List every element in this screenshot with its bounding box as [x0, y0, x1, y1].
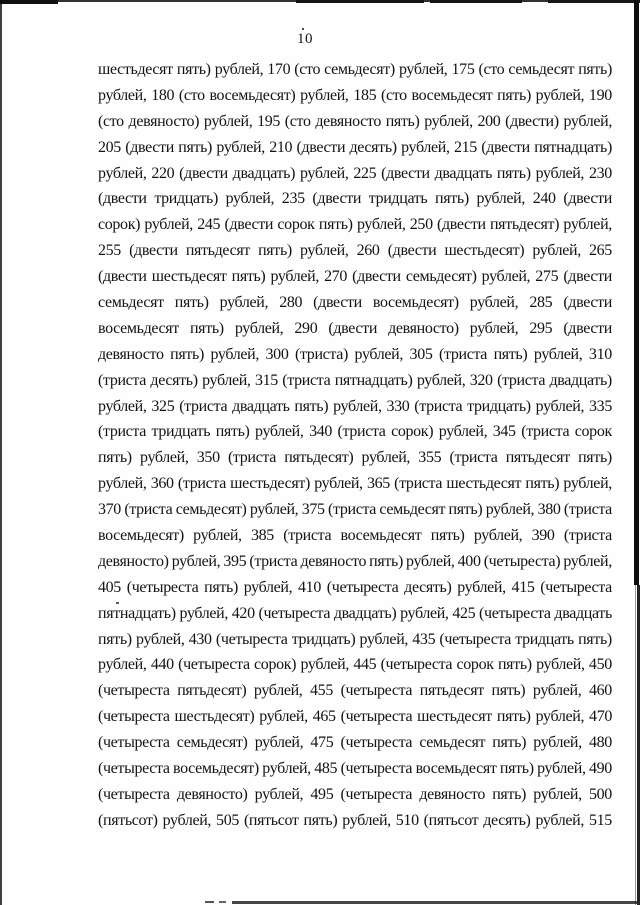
word: (двести — [179, 161, 228, 187]
word: 400 — [458, 549, 481, 575]
word: пять) — [190, 316, 224, 342]
word: 470 — [589, 704, 612, 730]
word: шестьдесят — [152, 264, 227, 290]
word: рублей, — [360, 627, 409, 653]
word: сорок) — [254, 652, 296, 678]
word: (сто — [98, 109, 124, 135]
word: (триста — [282, 368, 330, 394]
word: пять) — [578, 445, 612, 471]
word: пять) — [492, 782, 526, 808]
word: 270 — [324, 264, 347, 290]
scan-artifact-top-segment — [548, 0, 640, 3]
word: 395 — [223, 549, 246, 575]
word: рублей, — [536, 394, 585, 420]
word: (двести — [125, 135, 174, 161]
word: рублей, — [563, 212, 612, 238]
word: пятьдесят) — [177, 678, 246, 704]
word: (триста — [414, 394, 462, 420]
word: 365 — [367, 471, 390, 497]
word: (двести — [563, 186, 612, 212]
word: двадцать — [232, 394, 289, 420]
word: (триста — [124, 497, 172, 523]
word: рублей, — [535, 808, 584, 834]
word: (пятьсот — [244, 808, 299, 834]
word: 515 — [589, 808, 612, 834]
word: рублей, — [215, 57, 264, 83]
word: пять) — [497, 704, 531, 730]
word: шестьдесят) — [175, 704, 255, 730]
word: восемьдесят — [341, 523, 422, 549]
word: (четыреста — [540, 575, 612, 601]
word: пять) — [319, 212, 353, 238]
word: 450 — [589, 652, 612, 678]
word: девяносто) — [177, 782, 248, 808]
word: рублей, — [439, 419, 488, 445]
text-line: 370(тристасемьдесят)рублей,375(тристасем… — [98, 497, 612, 523]
word: пятьдесят — [506, 445, 570, 471]
word: пять) — [497, 161, 531, 187]
word: (двести — [437, 212, 486, 238]
word: 510 — [396, 808, 419, 834]
word: пять) — [258, 238, 292, 264]
word: (четыреста — [341, 782, 413, 808]
word: 215 — [454, 135, 477, 161]
word: (четыреста) — [484, 549, 561, 575]
text-line: (четыреставосемьдесят)рублей,485(четырес… — [98, 756, 612, 782]
word: девяносто — [98, 342, 164, 368]
word: (триста — [394, 471, 442, 497]
word: 180 — [151, 83, 174, 109]
word: (четыреста — [98, 678, 170, 704]
word: пять) — [500, 756, 534, 782]
word: рублей, — [180, 601, 229, 627]
text-line: пять)рублей,430(четырестатридцать)рублей… — [98, 627, 612, 653]
word: рублей, — [536, 704, 585, 730]
word: 355 — [418, 445, 441, 471]
word: (пятьсот — [424, 808, 479, 834]
word: (четыреста — [341, 678, 413, 704]
text-line: (двестишестьдесятпять)рублей,270(двестис… — [98, 264, 612, 290]
word: рублей, — [362, 445, 411, 471]
word: двадцать — [435, 161, 492, 187]
word: тридцать — [152, 419, 211, 445]
word: (четыреста — [178, 652, 250, 678]
word: пять) — [175, 290, 209, 316]
word: 380 — [538, 497, 561, 523]
word: рублей, — [355, 342, 404, 368]
text-line: восемьдесятпять)рублей,290(двестидевянос… — [98, 316, 612, 342]
word: рублей, — [536, 161, 585, 187]
text-line: (тристадесять)рублей,315(тристапятнадцат… — [98, 368, 612, 394]
word: рублей, — [300, 652, 349, 678]
word: пять) — [525, 471, 559, 497]
word: (триста — [178, 471, 226, 497]
word: 385 — [251, 523, 274, 549]
word: (четыреста — [216, 627, 288, 653]
word: 220 — [151, 161, 174, 187]
word: 200 — [477, 109, 500, 135]
word: рублей, — [533, 730, 582, 756]
word: рублей, — [342, 808, 391, 834]
word: тридцать) — [467, 394, 531, 420]
scan-artifact-left-edge — [0, 0, 2, 905]
word: (двести — [481, 135, 530, 161]
word: сорок — [457, 652, 494, 678]
word: 170 — [267, 57, 290, 83]
word: 295 — [529, 316, 552, 342]
text-line: рублей,325(тристадвадцатьпять)рублей,330… — [98, 394, 612, 420]
word: (двести — [381, 161, 430, 187]
word: (четыреста — [98, 704, 170, 730]
word: 185 — [353, 83, 376, 109]
word: тридцать — [369, 186, 428, 212]
word: (сто — [479, 57, 505, 83]
word: (двести — [563, 290, 612, 316]
word: 360 — [151, 471, 174, 497]
document-page: 10 шестьдесятпять)рублей,170(стосемьдеся… — [0, 0, 640, 905]
text-line: сорок)рублей,245(двестисорокпять)рублей,… — [98, 212, 612, 238]
word: пятнадцать) — [534, 135, 612, 161]
word: рублей, — [533, 782, 582, 808]
word: (двести — [313, 290, 362, 316]
text-line: рублей,440(четырестасорок)рублей,445(чет… — [98, 652, 612, 678]
word: 250 — [410, 212, 433, 238]
word: рублей, — [533, 678, 582, 704]
text-line: (двеститридцать)рублей,235(двеститридцат… — [98, 186, 612, 212]
word: рублей, — [300, 161, 349, 187]
word: рублей, — [314, 471, 363, 497]
word: 245 — [197, 212, 220, 238]
word: (триста — [228, 445, 276, 471]
word: рублей, — [532, 238, 581, 264]
word: пять) — [204, 575, 238, 601]
word: пятьдесят) — [284, 445, 353, 471]
word: рублей, — [244, 575, 293, 601]
word: 430 — [189, 627, 212, 653]
word: (триста — [249, 549, 297, 575]
word: 265 — [589, 238, 612, 264]
word: восемьдесят — [98, 316, 179, 342]
scan-artifact-right-edge — [634, 0, 639, 585]
scan-artifact-bottom-edge — [232, 901, 640, 904]
word: пять) — [386, 109, 420, 135]
word: девяносто) — [129, 109, 200, 135]
scan-artifact-top-segment — [430, 0, 522, 3]
word: 175 — [452, 57, 475, 83]
word: (четыреста — [327, 575, 399, 601]
scan-artifact-top-segment — [0, 0, 58, 4]
word: семьдесят) — [324, 57, 395, 83]
word: (двести — [129, 238, 178, 264]
text-line: семьдесятпять)рублей,280(двестивосемьдес… — [98, 290, 612, 316]
word: сорок — [575, 419, 612, 445]
word: 310 — [589, 342, 612, 368]
word: (четыреста — [98, 782, 170, 808]
word: (четыреста — [381, 652, 453, 678]
word: 435 — [412, 627, 435, 653]
word: рублей, — [457, 575, 506, 601]
word: (двести — [98, 264, 147, 290]
text-line: (четырестадевяносто)рублей,495(четыреста… — [98, 782, 612, 808]
word: (триста — [564, 523, 612, 549]
word: (сто — [179, 83, 205, 109]
word: рублей, — [357, 212, 406, 238]
word: пять) — [98, 627, 132, 653]
word: (триста — [439, 342, 487, 368]
word: 480 — [589, 730, 612, 756]
word: рублей, — [300, 83, 349, 109]
word: 230 — [589, 161, 612, 187]
word: (двести — [224, 212, 273, 238]
word: восемьдесят — [416, 756, 497, 782]
text-line: рублей,220(двестидвадцать)рублей,225(две… — [98, 161, 612, 187]
text-line: (четырестапятьдесят)рублей,455(четыреста… — [98, 678, 612, 704]
word: пять) — [216, 419, 250, 445]
text-line: девяносто)рублей,395(тристадевяностопять… — [98, 549, 612, 575]
word: пять) — [177, 57, 211, 83]
page-number: 10 — [288, 31, 322, 48]
word: девяносто — [300, 549, 366, 575]
word: пять) — [449, 497, 483, 523]
word: 465 — [313, 704, 336, 730]
word: пятнадцать) — [335, 368, 413, 394]
word: пятьдесят) — [490, 212, 559, 238]
word: 375 — [302, 497, 325, 523]
word: (триста — [98, 368, 146, 394]
word: рублей, — [536, 652, 585, 678]
word: рублей, — [300, 238, 349, 264]
word: (триста — [497, 368, 545, 394]
word: тридцать) — [154, 186, 218, 212]
word: (четыреста — [341, 756, 413, 782]
word: 330 — [386, 394, 409, 420]
word: 325 — [151, 394, 174, 420]
word: (четыреста — [98, 730, 170, 756]
word: 320 — [470, 368, 493, 394]
text-line: (стодевяносто)рублей,195(стодевяностопят… — [98, 109, 612, 135]
word: двадцать — [554, 601, 611, 627]
word: рублей, — [98, 161, 147, 187]
word: (сто — [381, 83, 407, 109]
word: рублей, — [400, 601, 449, 627]
word: 300 — [266, 342, 289, 368]
word: 415 — [512, 575, 535, 601]
word: 475 — [310, 730, 333, 756]
scan-artifact-bottom-dash — [219, 901, 226, 903]
text-line: пять)рублей,350(тристапятьдесят)рублей,3… — [98, 445, 612, 471]
word: рублей, — [333, 394, 382, 420]
word: рублей, — [406, 549, 455, 575]
word: (триста — [338, 419, 386, 445]
word: рублей, — [563, 109, 612, 135]
word: 285 — [529, 290, 552, 316]
word: (триста — [564, 497, 612, 523]
text-line: 255(двестипятьдесятпять)рублей,260(двест… — [98, 238, 612, 264]
word: рублей, — [424, 109, 473, 135]
text-line: 405(четырестапять)рублей,410(четырестаде… — [98, 575, 612, 601]
word: (четыреста — [341, 730, 413, 756]
word: рублей, — [536, 83, 585, 109]
word: 205 — [98, 135, 121, 161]
word: пять) — [435, 186, 469, 212]
text-line: восемьдесят)рублей,385(триставосемьдесят… — [98, 523, 612, 549]
word: 455 — [310, 678, 333, 704]
word: семьдесят) — [406, 264, 477, 290]
word: пять) — [492, 678, 526, 704]
word: рублей, — [255, 419, 304, 445]
text-line: (пятьсот)рублей,505(пятьсотпять)рублей,5… — [98, 808, 612, 834]
word: пять) — [170, 342, 204, 368]
word: двадцать) — [549, 368, 611, 394]
word: шестьдесят) — [444, 238, 524, 264]
word: рублей, — [477, 186, 526, 212]
word: тридцать) — [292, 627, 356, 653]
text-line: девяностопять)рублей,300(триста)рублей,3… — [98, 342, 612, 368]
word: пять) — [431, 523, 465, 549]
word: рублей, — [216, 135, 265, 161]
word: рублей, — [163, 808, 212, 834]
word: 335 — [589, 394, 612, 420]
word: 260 — [357, 238, 380, 264]
word: пятьдесят — [420, 678, 484, 704]
word: 405 — [98, 575, 121, 601]
word: 445 — [353, 652, 376, 678]
word: 460 — [589, 678, 612, 704]
word: (четыреста — [439, 627, 511, 653]
word: семьдесят — [508, 57, 574, 83]
scan-artifact-bottom-dash — [205, 901, 214, 903]
word: рублей, — [98, 652, 147, 678]
word: рублей, — [202, 368, 251, 394]
word: пять) — [578, 627, 612, 653]
word: семьдесят) — [177, 730, 248, 756]
word: 290 — [294, 316, 317, 342]
text-line: (четыресташестьдесят)рублей,465(четырест… — [98, 704, 612, 730]
word: семьдесят — [98, 290, 164, 316]
word: 210 — [269, 135, 292, 161]
word: двадцать) — [233, 161, 295, 187]
word: (двести — [352, 264, 401, 290]
word: пять) — [369, 549, 403, 575]
word: пять) — [494, 342, 528, 368]
word: (четыреста — [127, 575, 199, 601]
word: рублей, — [98, 394, 147, 420]
word: рублей, — [144, 212, 193, 238]
word: десять) — [150, 368, 197, 394]
word: сорок — [277, 212, 314, 238]
word: 305 — [410, 342, 433, 368]
word: рублей, — [470, 316, 519, 342]
word: восемьдесят) — [373, 290, 459, 316]
word: (четыреста — [341, 704, 413, 730]
text-line: шестьдесятпять)рублей,170(стосемьдесят)р… — [98, 57, 612, 83]
word: восемьдесят) — [209, 83, 295, 109]
word: 495 — [310, 782, 333, 808]
word: пять) — [178, 135, 212, 161]
word: 390 — [532, 523, 555, 549]
word: (триста — [449, 445, 497, 471]
word: (двести — [388, 238, 437, 264]
word: (двести — [98, 186, 147, 212]
word: рублей, — [254, 678, 303, 704]
word: рублей, — [98, 471, 147, 497]
word: (сто — [285, 109, 311, 135]
word: рублей, — [140, 445, 189, 471]
word: семьдесят) — [176, 497, 247, 523]
word: пятьдесят — [186, 238, 250, 264]
word: восемьдесят) — [173, 756, 259, 782]
word: 370 — [98, 497, 121, 523]
word: пять) — [294, 394, 328, 420]
word: (двести — [312, 186, 361, 212]
word: рублей, — [563, 549, 612, 575]
word: рублей, — [399, 57, 448, 83]
word: 485 — [314, 756, 337, 782]
word: 280 — [279, 290, 302, 316]
word: десять) — [404, 575, 451, 601]
word: 425 — [452, 601, 475, 627]
scan-artifact-right-edge — [635, 585, 636, 905]
word: 420 — [232, 601, 255, 627]
word: рублей, — [255, 782, 304, 808]
word: тридцать — [515, 627, 574, 653]
word: 240 — [533, 186, 556, 212]
word: 345 — [493, 419, 516, 445]
word: девяносто — [419, 782, 485, 808]
word: рублей, — [204, 109, 253, 135]
word: рублей, — [486, 497, 535, 523]
word: рублей, — [220, 290, 269, 316]
word: рублей, — [210, 342, 259, 368]
word: рублей, — [172, 549, 221, 575]
word: девяносто) — [98, 549, 169, 575]
word: семьдесят — [419, 730, 485, 756]
word: шестьдесят) — [230, 471, 310, 497]
word: (двести) — [505, 109, 559, 135]
word: 410 — [298, 575, 321, 601]
word: рублей, — [401, 135, 450, 161]
word: рублей, — [417, 368, 466, 394]
word: восемьдесят) — [98, 523, 184, 549]
word: рублей, — [470, 290, 519, 316]
scan-artifact-top-segment — [296, 0, 424, 3]
word: (триста — [521, 419, 569, 445]
word: пятнадцать) — [98, 601, 176, 627]
word: рублей, — [534, 342, 583, 368]
text-line: пятнадцать)рублей,420(четырестадвадцать)… — [98, 601, 612, 627]
word: девяносто) — [388, 316, 459, 342]
scan-speck — [302, 28, 304, 30]
word: рублей, — [250, 497, 299, 523]
word: (четыреста — [98, 756, 170, 782]
word: шестьдесят — [98, 57, 173, 83]
word: (триста — [283, 523, 331, 549]
word: 505 — [216, 808, 239, 834]
word: десять) — [349, 135, 396, 161]
text-line: (четырестасемьдесят)рублей,475(четыреста… — [98, 730, 612, 756]
word: 315 — [255, 368, 278, 394]
word: (триста — [179, 394, 227, 420]
scan-artifact-top-edge — [0, 0, 640, 2]
word: рублей, — [136, 627, 185, 653]
word: рублей, — [537, 756, 586, 782]
word: 440 — [151, 652, 174, 678]
word: сорок) — [391, 419, 433, 445]
word: (триста — [328, 497, 376, 523]
word: пять) — [578, 57, 612, 83]
word: 190 — [589, 83, 612, 109]
word: десять) — [483, 808, 530, 834]
